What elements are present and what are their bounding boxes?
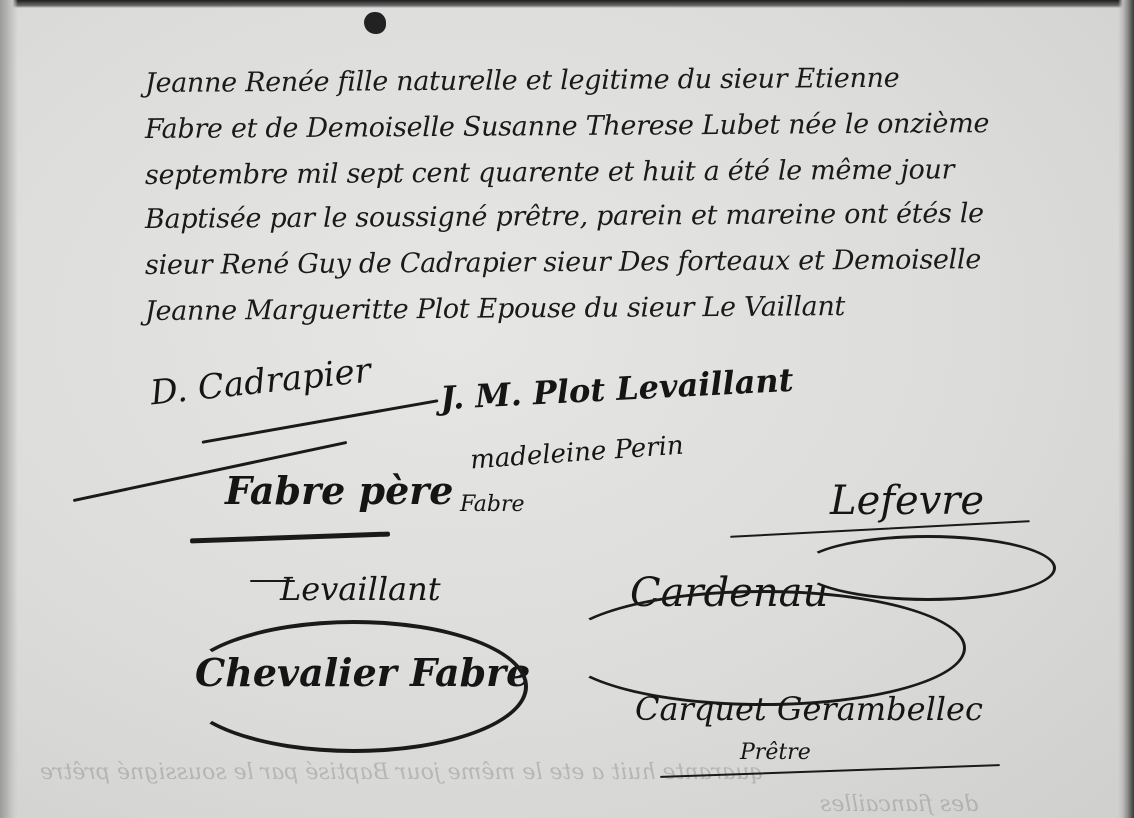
bleed-through-text: des fiancailles — [820, 792, 978, 817]
entry-line-3: septembre mil sept cent quarente et huit… — [145, 154, 954, 191]
signature-flourish — [800, 535, 1056, 601]
entry-line-6: Jeanne Margueritte Plot Epouse du sieur … — [145, 291, 845, 327]
signature-flourish — [250, 580, 295, 582]
entry-line-1: Jeanne Renée fille naturelle et legitime… — [145, 63, 900, 99]
page-right-edge — [1118, 0, 1134, 818]
signature: Fabre père — [225, 468, 453, 513]
signature: J. M. Plot Levaillant — [439, 361, 794, 417]
signature: madeleine Perin — [469, 431, 684, 476]
signature: Lefevre — [830, 478, 984, 524]
signature-underline — [202, 399, 439, 444]
bleed-through-text: quarante huit a ete le même jour Baptisé… — [40, 760, 764, 785]
signature-underline — [190, 532, 390, 544]
signature-flourish — [180, 620, 528, 753]
signature-flourish — [560, 590, 966, 706]
page-top-edge — [0, 0, 1134, 8]
signature: Levaillant — [280, 570, 441, 608]
entry-line-5: sieur René Guy de Cadrapier sieur Des fo… — [145, 244, 981, 281]
signature: D. Cadrapier — [149, 351, 373, 414]
page-binding-gutter — [0, 0, 18, 818]
signature: Carquet Gerambellec — [635, 690, 983, 728]
document-page: quarante huit a ete le même jour Baptisé… — [0, 0, 1134, 818]
signature-title: Prêtre — [740, 740, 811, 765]
entry-line-4: Baptisée par le soussigné prêtre, parein… — [145, 198, 984, 235]
entry-line-2: Fabre et de Demoiselle Susanne Therese L… — [145, 108, 989, 145]
signature: Fabre — [460, 492, 525, 517]
ink-blot — [364, 12, 386, 34]
